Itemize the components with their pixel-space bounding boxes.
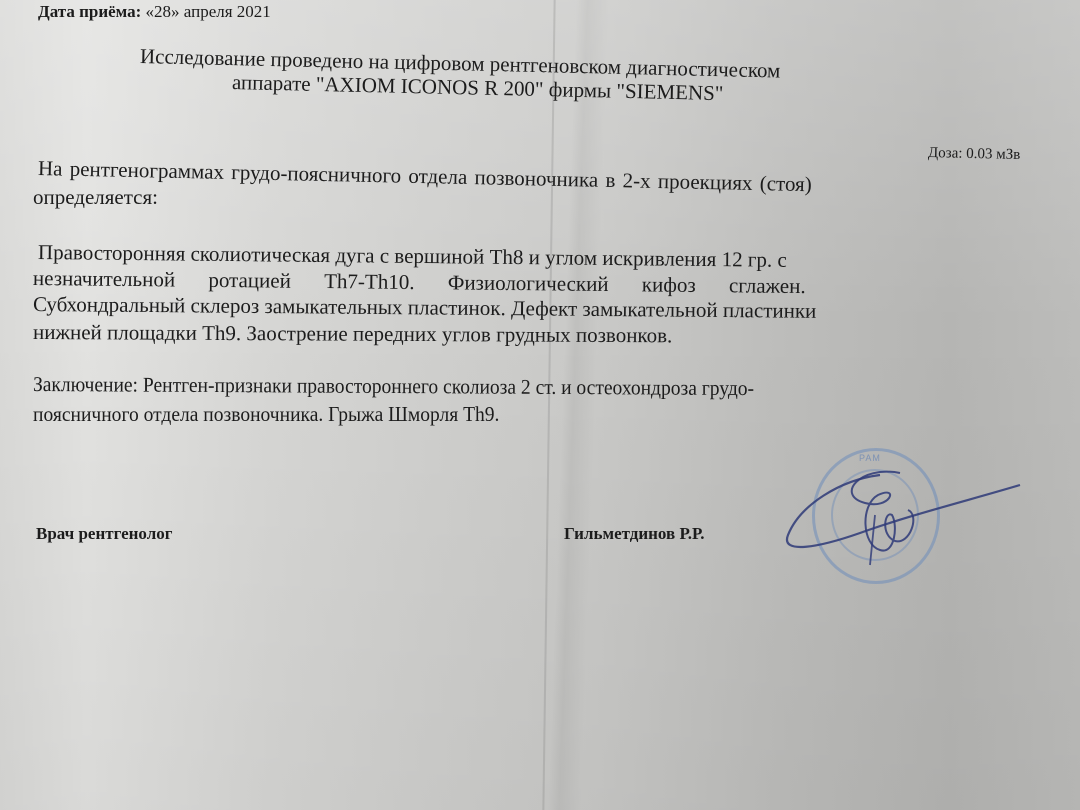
- dose-value: Доза: 0.03 мЗв: [928, 145, 1021, 164]
- date-value: «28» апреля 2021: [146, 2, 271, 21]
- doctor-name: Гильметдинов Р.Р.: [564, 524, 704, 544]
- findings-line-4: нижней площадки Th9. Заострение передних…: [33, 320, 672, 348]
- conclusion-line-2: поясничного отдела позвоночника. Грыжа Ш…: [33, 402, 499, 427]
- paper-fold: [542, 0, 555, 810]
- date-label: Дата приёма:: [38, 2, 141, 21]
- doctor-role: Врач рентгенолог: [36, 524, 172, 544]
- signature-icon: [780, 455, 1040, 585]
- intro-line-2: определяется:: [33, 185, 158, 210]
- conclusion-line-1: Заключение: Рентген-признаки правосторон…: [33, 372, 754, 401]
- reception-date: Дата приёма: «28» апреля 2021: [38, 2, 271, 22]
